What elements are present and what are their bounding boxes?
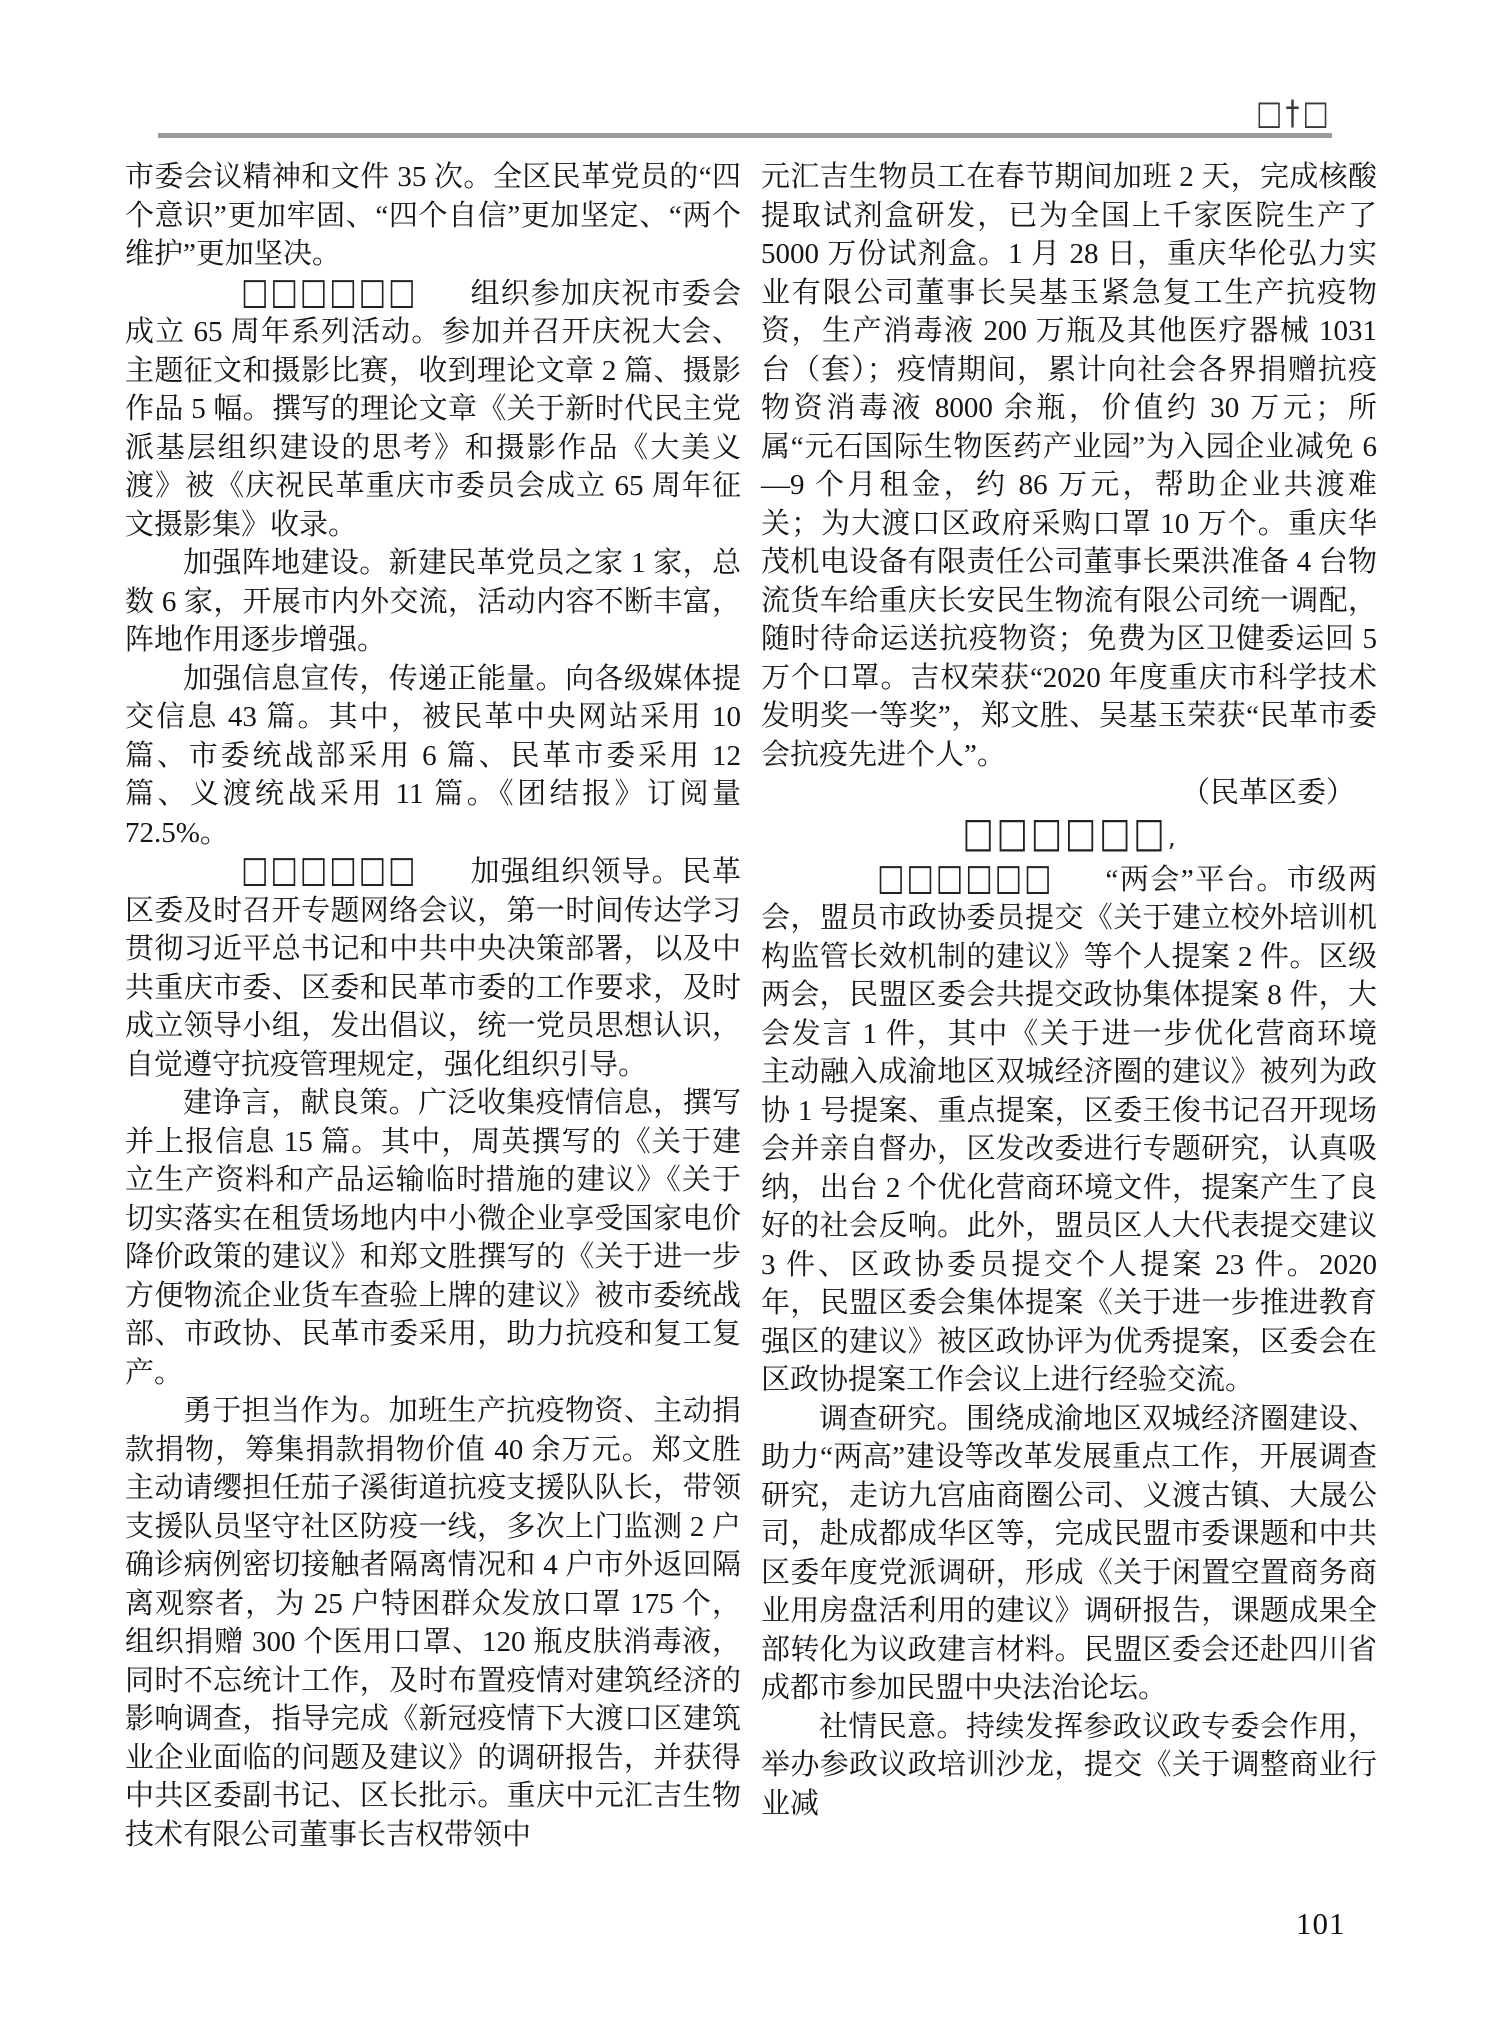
missing-glyph-heading: □□□□□□ xyxy=(819,853,1053,901)
right-column: 元汇吉生物员工在春节期间加班 2 天，完成核酸提取试剂盒研发，已为全国上千家医院… xyxy=(761,158,1377,1854)
paragraph-section-two-sessions: □□□□□□“两会”平台。市级两会，盟员市政协委员提交《关于建立校外培训机构监管… xyxy=(761,860,1377,1400)
left-column: 市委会议精神和文件 35 次。全区民革党员的“四个意识”更加牢固、“四个自信”更… xyxy=(125,158,741,1854)
paragraph-information-publicity: 加强信息宣传，传递正能量。向各级媒体提交信息 43 篇。其中，被民革中央网站采用… xyxy=(125,660,741,853)
paragraph-continued-across-columns: 元汇吉生物员工在春节期间加班 2 天，完成核酸提取试剂盒研发，已为全国上千家医院… xyxy=(761,158,1377,774)
page-number: 101 xyxy=(1296,1906,1346,1942)
paragraph-text: “两会”平台。市级两会，盟员市政协委员提交《关于建立校外培训机构监管长效机制的建… xyxy=(761,864,1377,1397)
missing-glyph-heading: □□□□□□ xyxy=(183,267,417,315)
paragraph-public-opinion: 社情民意。持续发挥参政议政专委会作用，举办参政议政培训沙龙，提交《关于调整商业行… xyxy=(761,1708,1377,1824)
missing-glyph-heading: □□□□□□ xyxy=(183,845,417,893)
paragraph-text: 组织参加庆祝市委会成立 65 周年系列活动。参加并召开庆祝大会、主题征文和摄影比… xyxy=(125,278,741,541)
paragraph-section-organization: □□□□□□组织参加庆祝市委会成立 65 周年系列活动。参加并召开庆祝大会、主题… xyxy=(125,274,741,545)
paragraph-advice-suggestions: 建诤言，献良策。广泛收集疫情信息，撰写并上报信息 15 篇。其中，周英撰写的《关… xyxy=(125,1084,741,1392)
text-columns: 市委会议精神和文件 35 次。全区民革党员的“四个意识”更加牢固、“四个自信”更… xyxy=(125,158,1377,1854)
missing-glyph-section-title: □□□□□□ xyxy=(962,805,1167,860)
running-head-glyphs: □†□ xyxy=(1256,93,1332,133)
paragraph-section-leadership: □□□□□□加强组织领导。民革区委及时召开专题网络会议，第一时间传达学习贯彻习近… xyxy=(125,852,741,1084)
paragraph-continued-from-previous-page: 市委会议精神和文件 35 次。全区民革党员的“四个意识”更加牢固、“四个自信”更… xyxy=(125,158,741,274)
header-divider xyxy=(158,133,1332,138)
paragraph-taking-responsibility: 勇于担当作为。加班生产抗疫物资、主动捐款捐物，筹集捐款捐物价值 40 余万元。郑… xyxy=(125,1392,741,1854)
paragraph-position-building: 加强阵地建设。新建民革党员之家 1 家，总数 6 家，开展市内外交流，活动内容不… xyxy=(125,544,741,660)
paragraph-investigation-research: 调查研究。围绕成渝地区双城经济圈建设、助力“两高”建设等改革发展重点工作，开展调… xyxy=(761,1400,1377,1708)
document-page: □†□ 市委会议精神和文件 35 次。全区民革党员的“四个意识”更加牢固、“四个… xyxy=(0,0,1488,2019)
section-heading-mark: ‚ xyxy=(1168,823,1176,852)
